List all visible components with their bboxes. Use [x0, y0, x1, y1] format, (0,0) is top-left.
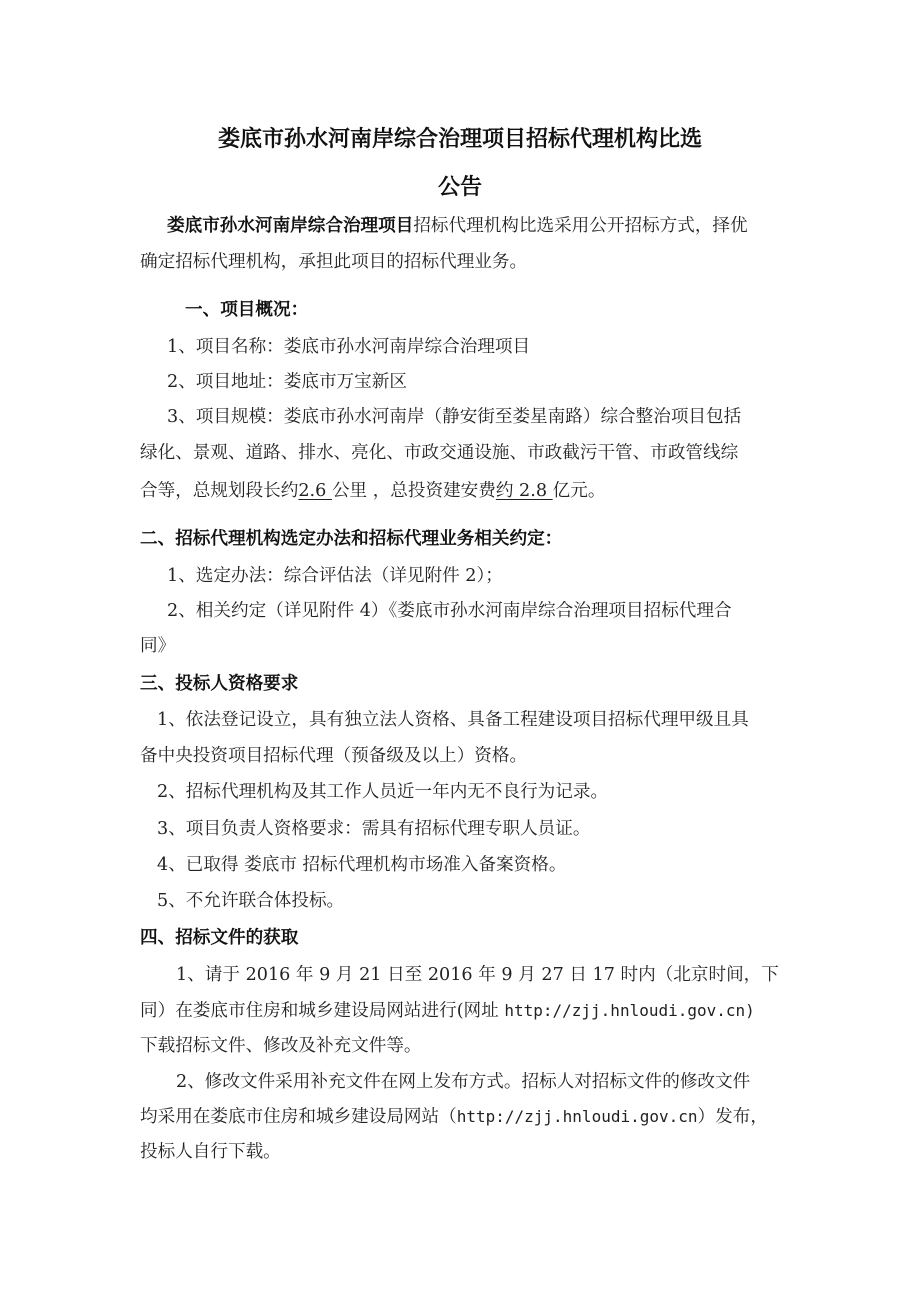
section1-item3-line1: 3、项目规模：娄底市孙水河南岸（静安街至娄星南路）综合整治项目包括: [167, 406, 807, 428]
intro-text: 招标代理机构比选采用公开招标方式，择优: [413, 216, 747, 236]
section2-item2-line1: 2、相关约定（详见附件 4）《娄底市孙水河南岸综合治理项目招标代理合: [167, 600, 807, 622]
section3-heading: 三、投标人资格要求: [140, 673, 780, 695]
item3-text-b: 公里 ，总投资建安费: [332, 481, 496, 501]
section4-item2-line2: 均采用在娄底市住房和城乡建设局网站（http://zjj.hnloudi.gov…: [140, 1106, 780, 1128]
total-length-value: 2.6: [298, 481, 332, 501]
document-page: 娄底市孙水河南岸综合治理项目招标代理机构比选 公告 娄底市孙水河南岸综合治理项目…: [0, 0, 920, 1302]
intro-project-name: 娄底市孙水河南岸综合治理项目: [167, 216, 413, 236]
intro-paragraph-line1: 娄底市孙水河南岸综合治理项目招标代理机构比选采用公开招标方式，择优: [167, 215, 807, 237]
total-cost-value: 约 2.8: [496, 481, 553, 501]
section3-item1-line1: 1、依法登记设立，具有独立法人资格、具备工程建设项目招标代理甲级且具: [157, 709, 797, 731]
section1-heading: 一、项目概况：: [185, 299, 825, 321]
item3-text-c: 亿元。: [553, 481, 606, 501]
section2-item2-line2: 同》: [140, 635, 780, 657]
section4-item1-line1: 1、请于 2016 年 9 月 21 日至 2016 年 9 月 27 日 17…: [176, 964, 816, 986]
website-link[interactable]: http://zjj.hnloudi.gov.cn): [504, 1001, 754, 1020]
section4-item1-line3: 下载招标文件、修改及补充文件等。: [140, 1035, 780, 1057]
item2-text-b: ）发布，: [698, 1107, 768, 1127]
section3-item4: 4、已取得 娄底市 招标代理机构市场准入备案资格。: [157, 854, 797, 876]
section1-item2: 2、项目地址：娄底市万宝新区: [167, 371, 807, 393]
section3-item5: 5、不允许联合体投标。: [157, 890, 797, 912]
website-link[interactable]: http://zjj.hnloudi.gov.cn: [457, 1107, 698, 1126]
section3-item3: 3、项目负责人资格要求：需具有招标代理专职人员证。: [157, 818, 797, 840]
intro-paragraph-line2: 确定招标代理机构，承担此项目的招标代理业务。: [140, 251, 780, 273]
section1-item3-line2: 绿化、景观、道路、排水、亮化、市政交通设施、市政截污干管、市政管线综: [140, 442, 780, 464]
section2-heading: 二、招标代理机构选定办法和招标代理业务相关约定：: [140, 528, 780, 550]
section3-item1-line2: 备中央投资项目招标代理（预备级及以上）资格。: [140, 745, 780, 767]
section2-item1: 1、选定办法：综合评估法（详见附件 2）；: [167, 565, 807, 587]
section4-item2-line1: 2、修改文件采用补充文件在网上发布方式。招标人对招标文件的修改文件: [176, 1071, 816, 1093]
document-title-subtitle: 公告: [0, 170, 920, 201]
section3-item2: 2、招标代理机构及其工作人员近一年内无不良行为记录。: [157, 781, 797, 803]
section4-heading: 四、招标文件的获取: [140, 927, 780, 949]
item3-text-a: 合等，总规划段长约: [140, 481, 298, 501]
section4-item1-line2: 同）在娄底市住房和城乡建设局网站进行(网址 http://zjj.hnloudi…: [140, 1000, 780, 1022]
item2-text-a: 均采用在娄底市住房和城乡建设局网站（: [140, 1107, 457, 1127]
section4-item2-line3: 投标人自行下载。: [140, 1141, 780, 1163]
item1-text: 同）在娄底市住房和城乡建设局网站进行(网址: [140, 1001, 504, 1021]
document-title: 娄底市孙水河南岸综合治理项目招标代理机构比选: [0, 122, 920, 153]
section1-item3-line3: 合等，总规划段长约2.6 公里 ，总投资建安费约 2.8 亿元。: [140, 480, 780, 502]
section1-item1: 1、项目名称：娄底市孙水河南岸综合治理项目: [167, 336, 807, 358]
